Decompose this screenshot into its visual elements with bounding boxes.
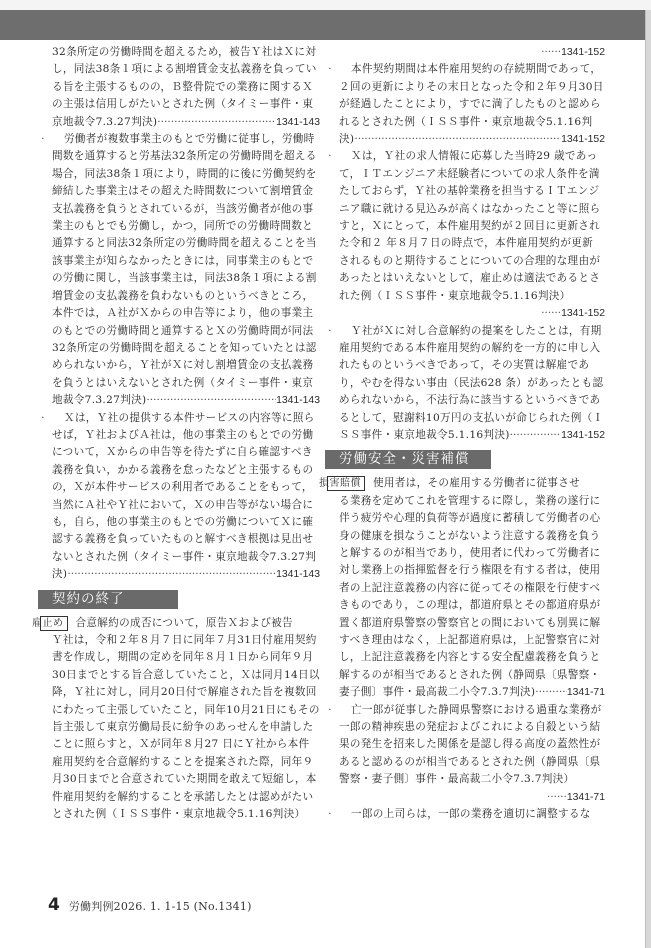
text-line: 雇用契約を合意解約することを提案された際，同年９ bbox=[52, 754, 320, 771]
page-number: 4 bbox=[48, 895, 60, 915]
text-line: 当然にＡ社やＹ社において，Ｘの申告等がない場合に bbox=[52, 497, 320, 514]
text-line: 業主のもとでも労働し，かつ，同所での労働時間数と bbox=[52, 218, 320, 235]
text-line: たしておらず，Ｙ社の基幹業務を担当するＩＴエンジ bbox=[339, 183, 605, 200]
text-line: る業務を定めてこれを管理するに際し，業務の遂行に bbox=[339, 493, 605, 510]
page-reference: 1341-152 bbox=[561, 131, 605, 148]
text-line: められないから，不法行為に該当するというべきであ bbox=[339, 392, 605, 409]
text-line: 認する義務を負っていたものと解すべき根拠は見出せ bbox=[52, 531, 320, 548]
text-line: 一郎の上司らは，一郎の業務を適切に調整するな bbox=[351, 808, 591, 820]
dot-leader: ······ bbox=[541, 46, 561, 58]
digest-entry: · 本件契約期間は本件雇用契約の存続期間であって， ２回の更新によりその末日とな… bbox=[339, 61, 605, 148]
reference-line: ······1341-71 bbox=[339, 789, 605, 806]
page-reference: 1341-152 bbox=[561, 47, 605, 58]
digest-entry: 損害賠償使用者は，その雇用する労働者に従事させ る業務を定めてこれを管理するに際… bbox=[339, 475, 605, 701]
reference-line: ＳＳ事件・東京地裁令5.1.16判決) 1341-152 bbox=[339, 427, 605, 444]
text-line: し，同法38条１項による割増賃金支払義務を負ってい bbox=[52, 61, 320, 78]
text-line: 合意解約の成否について，原告Ｘおよび被告 bbox=[76, 617, 293, 629]
text-line: 支払義務を負うとされているが，当該労働者が他の事 bbox=[52, 201, 320, 218]
text-line: 件雇用契約を解約することを承諾したとは認めがたい bbox=[52, 789, 320, 806]
text-line: 妻子側〕事件・最高裁二小令7.3.7判決) bbox=[339, 684, 535, 701]
text-line: 増賃金の支払義務を負わないものというべきところ， bbox=[52, 288, 320, 305]
text-line: 身の健康を損なうことがないよう注意する義務を負う bbox=[339, 528, 605, 545]
text-line: 労働者が複数事業主のもとで労働に従事し，労働時 bbox=[64, 133, 315, 145]
text-line: 雇用契約である本件雇用契約の解約を一方的に申し入 bbox=[339, 340, 605, 357]
left-column: 32条所定の労働時間を超えるため，被告Ｙ社はＸに対 し，同法38条１項による割増… bbox=[52, 44, 320, 823]
text-line: ＳＳ事件・東京地裁令5.1.16判決) bbox=[339, 427, 510, 444]
text-line: が経過したことにより，すでに満了したものと認めら bbox=[339, 96, 605, 113]
text-line: て，ＩＴエンジニア未経験者についての求人条件を満 bbox=[339, 166, 605, 183]
digest-entry: · 亡一郎が従事した静岡県警察における過重な業務が 一郎の精神疾患の発症およびこ… bbox=[339, 702, 605, 806]
section-heading-contract-termination: 契約の終了 bbox=[38, 590, 178, 609]
digest-entry: 32条所定の労働時間を超えるため，被告Ｙ社はＸに対 し，同法38条１項による割増… bbox=[52, 44, 320, 131]
page-reference: 1341-152 bbox=[561, 308, 605, 319]
reference-line: 決) 1341-152 bbox=[339, 131, 605, 148]
text-line: 本件契約期間は本件雇用契約の存続期間であって， bbox=[351, 63, 601, 75]
text-line: ２回の更新によりその末日となった令和２年９月30日 bbox=[339, 79, 605, 96]
dot-leader bbox=[157, 114, 276, 131]
bullet-icon: · bbox=[326, 61, 334, 78]
text-line: のもとでの労働時間と通算するとＸの労働時間が同法 bbox=[52, 323, 320, 340]
text-line: 解するのが相当であるとされた例（静岡県〔県警察・ bbox=[339, 667, 605, 684]
bullet-icon: · bbox=[326, 702, 334, 719]
text-line: 地裁令7.3.27判決) bbox=[52, 392, 146, 409]
text-line: されるものと期待することについての合理的な理由が bbox=[339, 253, 605, 270]
text-line: あると認めるのが相当であるとされた例（静岡県〔県 bbox=[339, 754, 605, 771]
text-line: 32条所定の労働時間を超えるため，被告Ｙ社はＸに対 bbox=[52, 44, 320, 61]
journal-citation: 労働判例2026. 1. 1-15 (No.1341) bbox=[69, 898, 252, 914]
text-line: 降，Ｙ社に対し，同月20日付で解雇された旨を複数回 bbox=[52, 684, 320, 701]
text-line: 旨主張して東京労働局長に紛争のあっせんを申請した bbox=[52, 719, 320, 736]
page-reference: 1341-71 bbox=[567, 684, 605, 701]
page-reference: 1341-143 bbox=[276, 566, 320, 583]
text-line: 亡一郎が従事した静岡県警察における過重な業務が bbox=[351, 704, 602, 716]
dot-leader: ······ bbox=[541, 307, 561, 319]
text-line: れたものというべきであって，その実質は解雇であ bbox=[339, 357, 605, 374]
text-line: すべき理由はなく，上記都道府県は，上記警察官に対 bbox=[339, 632, 605, 649]
text-line: 京地裁令7.3.27判決) bbox=[52, 114, 157, 131]
page-reference: 1341-71 bbox=[567, 792, 605, 803]
text-line: 置く都道府県警察の警察官との間においても別異に解 bbox=[339, 615, 605, 632]
bullet-icon: · bbox=[326, 323, 334, 340]
header-band bbox=[0, 10, 651, 40]
text-line: り，やむを得ない事由（民法628 条）があったとも認 bbox=[339, 375, 605, 392]
bullet-icon: · bbox=[39, 410, 47, 427]
section-heading-labor-safety: 労働安全・災害補償 bbox=[325, 450, 491, 469]
text-line: すと，Ｘにとって，本件雇用契約が２回目に更新され bbox=[339, 218, 605, 235]
text-line: 30日までとする旨合意していたこと，Ｘは同月14日以 bbox=[52, 667, 320, 684]
text-line: る旨を主張するものの，Ｂ整骨院での業務に関するＸ bbox=[52, 79, 320, 96]
text-line: せば，Ｙ社およびＡ社は，他の事業主のもとでの労働 bbox=[52, 427, 320, 444]
text-line: 締結した事業主はその超えた時間数について割増賃金 bbox=[52, 183, 320, 200]
text-line: ないとされた例（タイミー事件・東京地裁令7.3.27判 bbox=[52, 549, 320, 566]
text-line: 通算すると同法32条所定の労働時間を超えることを当 bbox=[52, 235, 320, 252]
reference-line: ······1341-152 bbox=[339, 44, 605, 61]
text-line: れた例（ＩＳＳ事件・東京地裁令5.1.16判決） bbox=[339, 288, 605, 305]
text-line: れるとされた例（ＩＳＳ事件・東京地裁令5.1.16判 bbox=[339, 114, 605, 131]
text-line: Ｘは，Ｙ社の求人情報に応募した当時29 歳であっ bbox=[351, 150, 597, 162]
dot-leader bbox=[146, 392, 276, 409]
text-line: 場合，同法38条１項により，時間的に後に労働契約を bbox=[52, 166, 320, 183]
text-line: 義務を負い，かかる義務を怠ったなどと主張するもの bbox=[52, 462, 320, 479]
text-line: し，上記注意義務を内容とする安全配慮義務を負うと bbox=[339, 649, 605, 666]
text-line: 決) bbox=[52, 566, 67, 583]
reference-line: ······1341-152 bbox=[339, 305, 605, 322]
text-line: にわたって主張していたこと，同年10月21日にもその bbox=[52, 702, 320, 719]
text-line: 32条所定の労働時間を超えることを知っていたとは認 bbox=[52, 340, 320, 357]
category-tag: 損害賠償 bbox=[327, 476, 365, 491]
text-line: 間数を通算すると労基法32条所定の労働時間を超える bbox=[52, 148, 320, 165]
digest-entry: 雇止め合意解約の成否について，原告Ｘおよび被告 Ｙ社は，令和２年８月７日に同年７… bbox=[52, 615, 320, 824]
text-line: Ｘは，Ｙ社の提供する本件サービスの内容等に照ら bbox=[64, 412, 315, 424]
right-column: ······1341-152 · 本件契約期間は本件雇用契約の存続期間であって，… bbox=[339, 44, 605, 823]
text-line: 警察・妻子側〕事件・最高裁二小令7.3.7判決） bbox=[339, 771, 605, 788]
bullet-icon: · bbox=[326, 148, 334, 165]
dot-leader bbox=[67, 566, 276, 583]
text-line: 本件では，Ａ社がＸからの申告等により，他の事業主 bbox=[52, 305, 320, 322]
dot-leader bbox=[354, 131, 561, 148]
text-line: Ｙ社がＸに対し合意解約の提案をしたことは，有期 bbox=[351, 325, 602, 337]
reference-line: 決) 1341-143 bbox=[52, 566, 320, 583]
digest-entry: · Ｘは，Ｙ社の提供する本件サービスの内容等に照ら せば，Ｙ社およびＡ社は，他の… bbox=[52, 410, 320, 584]
page-footer: 4 労働判例2026. 1. 1-15 (No.1341) bbox=[48, 895, 252, 915]
page-top-edge bbox=[0, 0, 651, 10]
dot-leader bbox=[535, 684, 567, 701]
dot-leader bbox=[510, 427, 561, 444]
text-line: 書を作成し，期間の定めを同年８月１日から同年９月 bbox=[52, 649, 320, 666]
digest-entry: · 一郎の上司らは，一郎の業務を適切に調整するな bbox=[339, 806, 605, 823]
digest-entry: · 労働者が複数事業主のもとで労働に従事し，労働時 間数を通算すると労基法32条… bbox=[52, 131, 320, 410]
text-line: を負うとはいえないとされた例（タイミー事件・東京 bbox=[52, 375, 320, 392]
page-reference: 1341-152 bbox=[561, 427, 605, 444]
text-line: 果の発生を招来した関係を是認し得る高度の蓋然性が bbox=[339, 736, 605, 753]
text-line: 者の上記注意義務の内容に従ってその権限を行使すべ bbox=[339, 580, 605, 597]
text-line: とされた例（ＩＳＳ事件・東京地裁令5.1.16判決） bbox=[52, 806, 320, 823]
text-line: るとして，慰謝料10万円の支払いが命じられた例（Ｉ bbox=[339, 410, 605, 427]
digest-entry: · Ｘは，Ｙ社の求人情報に応募した当時29 歳であっ て，ＩＴエンジニア未経験者… bbox=[339, 148, 605, 322]
reference-line: 京地裁令7.3.27判決) 1341-143 bbox=[52, 114, 320, 131]
reference-line: 妻子側〕事件・最高裁二小令7.3.7判決) 1341-71 bbox=[339, 684, 605, 701]
category-tag: 雇止め bbox=[40, 616, 68, 631]
text-line: 使用者は，その雇用する労働者に従事させ bbox=[373, 477, 580, 489]
text-line: ことに照らすと，Ｘが同年８月27 日にＹ社から本件 bbox=[52, 736, 320, 753]
text-line: た令和２ 年８月７日の時点で，本件雇用契約が更新 bbox=[339, 235, 605, 252]
text-line: 月30日までと合意されていた期間を敢えて短縮し，本 bbox=[52, 771, 320, 788]
dot-leader: ······ bbox=[547, 791, 567, 803]
digest-entry: · Ｙ社がＸに対し合意解約の提案をしたことは，有期 雇用契約である本件雇用契約の… bbox=[339, 323, 605, 445]
text-line: ニア職に就ける見込みが高くはなかったこと等に照ら bbox=[339, 201, 605, 218]
bullet-icon: · bbox=[326, 806, 334, 823]
text-line: あったとはいえないとして，雇止めは適法であるとさ bbox=[339, 270, 605, 287]
text-line: 決) bbox=[339, 131, 354, 148]
text-line: められないから，Ｙ社がＸに対し割増賃金の支払義務 bbox=[52, 357, 320, 374]
bullet-icon: · bbox=[39, 131, 47, 148]
text-line: 対し業務上の指揮監督を行う権限を有する者は，使用 bbox=[339, 562, 605, 579]
page-reference: 1341-143 bbox=[276, 392, 320, 409]
text-line: と解するのが相当であり，使用者に代わって労働者に bbox=[339, 545, 605, 562]
text-line: の，Ｘが本件サービスの利用者であることをもって， bbox=[52, 479, 320, 496]
text-line: も，自ら，他の事業主のもとでの労働についてＸに確 bbox=[52, 514, 320, 531]
text-line: について，Ｘからの申告等を待たずに自ら確認すべき bbox=[52, 444, 320, 461]
text-line: きものであり，この理は，都道府県とその都道府県が bbox=[339, 597, 605, 614]
text-line: 伴う疲労や心理的負荷等が過度に蓄積して労働者の心 bbox=[339, 510, 605, 527]
page-reference: 1341-143 bbox=[276, 114, 320, 131]
reference-line: 地裁令7.3.27判決) 1341-143 bbox=[52, 392, 320, 409]
page-binding-edge bbox=[645, 10, 651, 948]
text-line: 該事業主が知らなかったときには，同事業主のもとで bbox=[52, 253, 320, 270]
text-line: の主張は信用しがたいとされた例（タイミー事件・東 bbox=[52, 96, 320, 113]
text-line: の労働に関し，当該事業主は，同法38条１項による割 bbox=[52, 270, 320, 287]
text-line: 一郎の精神疾患の発症およびこれによる自殺という結 bbox=[339, 719, 605, 736]
text-line: Ｙ社は，令和２年８月７日に同年７月31日付雇用契約 bbox=[52, 632, 320, 649]
